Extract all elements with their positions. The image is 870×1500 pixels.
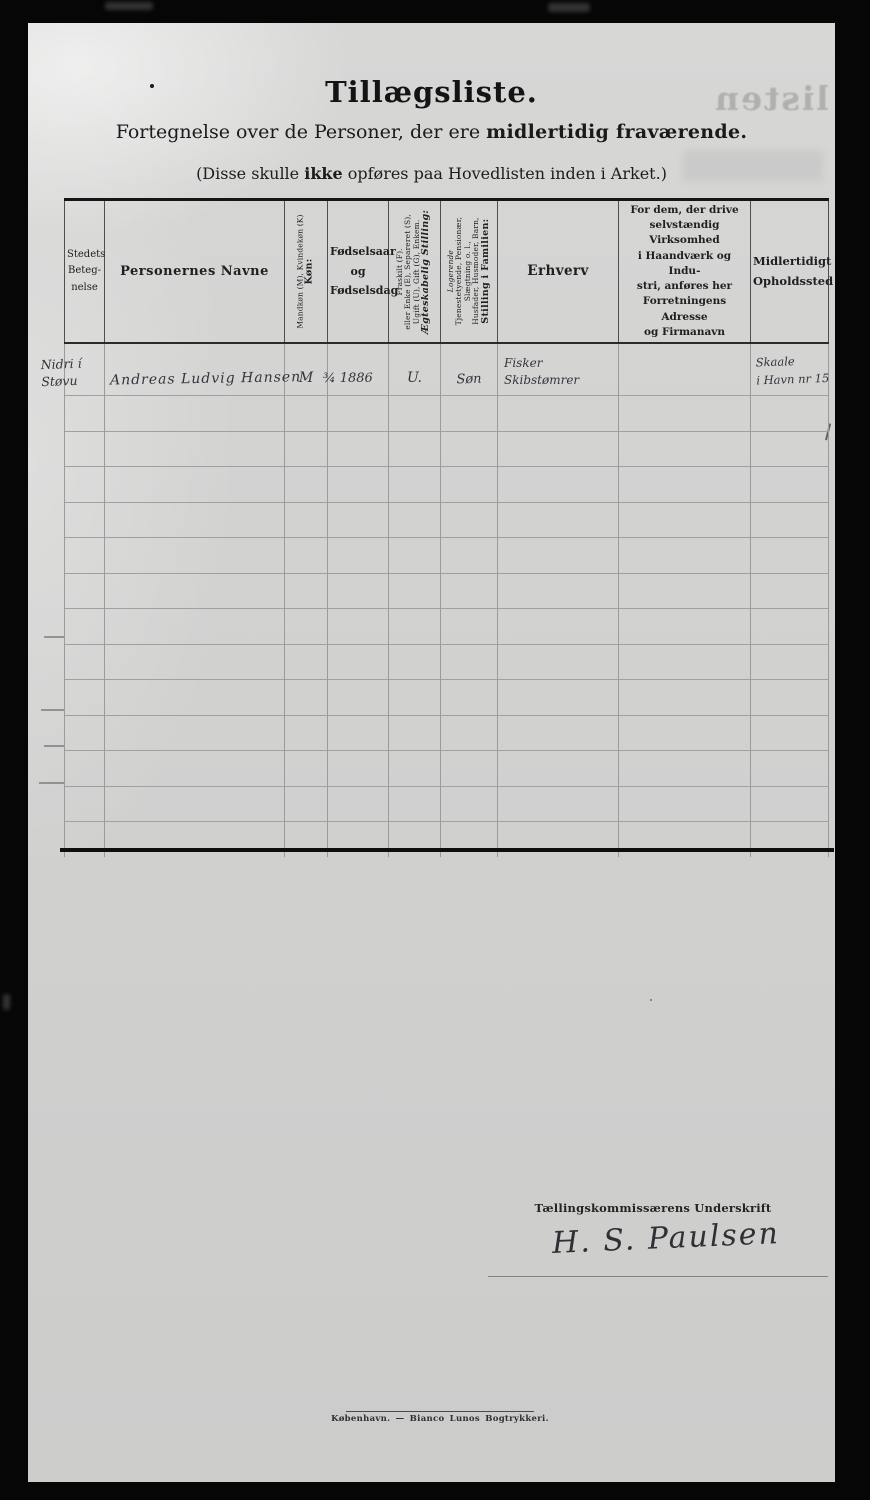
empty-cell: [751, 467, 829, 503]
handwritten-family-position: Søn: [442, 372, 496, 389]
empty-cell: [619, 680, 751, 716]
empty-cell: [441, 431, 498, 467]
empty-cell: [285, 822, 328, 858]
empty-cell: [65, 715, 105, 751]
empty-cell: [285, 538, 328, 574]
empty-cell: [65, 467, 105, 503]
empty-cell: [751, 431, 829, 467]
empty-cell: [619, 467, 751, 503]
cell-marital: U.: [389, 343, 441, 396]
empty-cell: [65, 502, 105, 538]
table-header: Stedets Beteg- nelse Personernes Navne K…: [65, 200, 829, 343]
cell-family: Søn: [441, 343, 498, 396]
paper-page: listen Tillægsliste. Fortegnelse over de…: [28, 23, 835, 1482]
header-marital-title: Ægteskabelig Stilling:: [422, 209, 433, 333]
empty-cell: [285, 715, 328, 751]
handwritten-name: Andreas Ludvig Hansen: [110, 370, 283, 389]
empty-cell: [328, 573, 389, 609]
empty-cell: [619, 609, 751, 645]
table-empty-row: [65, 786, 829, 822]
table-empty-row: [65, 644, 829, 680]
note-text-pre: (Disse skulle: [196, 164, 304, 183]
margin-tick: [39, 782, 64, 784]
empty-cell: [65, 573, 105, 609]
empty-cell: [328, 396, 389, 432]
empty-cell: [328, 502, 389, 538]
table-empty-row: [65, 715, 829, 751]
empty-cell: [498, 538, 619, 574]
empty-cell: [105, 396, 285, 432]
header-residence: Midlertidigt Opholdssted: [751, 200, 829, 343]
empty-cell: [65, 822, 105, 858]
empty-cell: [619, 396, 751, 432]
margin-tick: [44, 636, 64, 638]
cell-occupation: Fisker Skibstømrer: [498, 343, 619, 396]
cell-birth: ¾ 1886: [328, 343, 389, 396]
table-empty-row: [65, 538, 829, 574]
cell-name: Andreas Ludvig Hansen: [105, 343, 285, 396]
note-bold-text: ikke: [304, 164, 342, 183]
form-subtitle: Fortegnelse over de Personer, der ere mi…: [28, 121, 835, 143]
empty-cell: [619, 573, 751, 609]
header-marital: Ægteskabelig Stilling: Ugift (U), Gift (…: [389, 200, 441, 343]
empty-cell: [389, 822, 441, 858]
empty-cell: [65, 396, 105, 432]
empty-cell: [389, 431, 441, 467]
empty-cell: [619, 431, 751, 467]
census-table-wrap: Stedets Beteg- nelse Personernes Navne K…: [64, 198, 828, 857]
empty-cell: [498, 644, 619, 680]
empty-cell: [328, 786, 389, 822]
empty-cell: [751, 502, 829, 538]
empty-cell: [105, 786, 285, 822]
empty-cell: [285, 396, 328, 432]
empty-cell: [498, 573, 619, 609]
empty-cell: [328, 644, 389, 680]
header-names: Personernes Navne: [105, 200, 285, 343]
table-empty-rows: Nidri í Støvu Andreas Ludvig Hansen M ¾ …: [65, 343, 829, 858]
signature-line: [488, 1276, 828, 1277]
empty-cell: [328, 538, 389, 574]
imprint-rule: [346, 1411, 534, 1412]
empty-cell: [285, 786, 328, 822]
scan-smudge: [3, 994, 10, 1010]
table-row-entry: Nidri í Støvu Andreas Ludvig Hansen M ¾ …: [65, 343, 829, 396]
table-empty-row: [65, 680, 829, 716]
header-birth: Fødselsaar og Fødselsdag: [328, 200, 389, 343]
empty-cell: [619, 715, 751, 751]
empty-cell: [751, 751, 829, 787]
empty-cell: [65, 431, 105, 467]
empty-cell: [751, 715, 829, 751]
ink-speck: [650, 999, 652, 1001]
empty-cell: [441, 680, 498, 716]
empty-cell: [328, 680, 389, 716]
empty-cell: [498, 680, 619, 716]
empty-cell: [65, 680, 105, 716]
empty-cell: [105, 538, 285, 574]
empty-cell: [751, 680, 829, 716]
empty-cell: [441, 751, 498, 787]
form-note: (Disse skulle ikke opføres paa Hovedlist…: [28, 164, 835, 183]
empty-cell: [285, 502, 328, 538]
empty-cell: [389, 680, 441, 716]
header-place: Stedets Beteg- nelse: [65, 200, 105, 343]
empty-cell: [328, 822, 389, 858]
empty-cell: [328, 715, 389, 751]
handwritten-marital-status: U.: [390, 370, 439, 386]
empty-cell: [105, 609, 285, 645]
table-empty-row: [65, 751, 829, 787]
empty-cell: [328, 431, 389, 467]
table-empty-row: [65, 396, 829, 432]
empty-cell: [441, 396, 498, 432]
empty-cell: [285, 467, 328, 503]
empty-cell: [389, 751, 441, 787]
signature-label: Tællingskommissærens Underskrift: [498, 1201, 808, 1215]
note-text-post: opføres paa Hovedlisten inden i Arket.): [343, 164, 667, 183]
empty-cell: [65, 538, 105, 574]
empty-cell: [105, 573, 285, 609]
empty-cell: [441, 715, 498, 751]
empty-cell: [105, 502, 285, 538]
empty-cell: [105, 680, 285, 716]
empty-cell: [498, 751, 619, 787]
margin-tick: [44, 745, 64, 747]
empty-cell: [105, 822, 285, 858]
empty-cell: [389, 396, 441, 432]
empty-cell: [389, 715, 441, 751]
empty-cell: [619, 822, 751, 858]
empty-cell: [285, 680, 328, 716]
empty-cell: [498, 467, 619, 503]
empty-cell: [498, 431, 619, 467]
scan-smudge: [105, 2, 153, 10]
handwritten-birthdate: ¾ 1886: [323, 371, 387, 386]
empty-cell: [389, 538, 441, 574]
table-empty-row: [65, 502, 829, 538]
empty-cell: [751, 573, 829, 609]
empty-cell: [389, 786, 441, 822]
empty-cell: [441, 786, 498, 822]
cell-business: [619, 343, 751, 396]
handwritten-place: Nidri í Støvu: [40, 355, 103, 391]
empty-cell: [285, 644, 328, 680]
form-title: Tillægsliste.: [28, 75, 835, 109]
table-empty-row: [65, 609, 829, 645]
empty-cell: [389, 573, 441, 609]
handwritten-occupation: Fisker Skibstømrer: [504, 355, 617, 389]
table-empty-row: [65, 822, 829, 858]
empty-cell: [285, 751, 328, 787]
empty-cell: [441, 467, 498, 503]
empty-cell: [328, 609, 389, 645]
empty-cell: [65, 751, 105, 787]
subtitle-bold-text: midlertidig fraværende.: [486, 121, 747, 143]
empty-cell: [498, 396, 619, 432]
empty-cell: [105, 751, 285, 787]
empty-cell: [619, 751, 751, 787]
empty-cell: [498, 715, 619, 751]
empty-cell: [751, 396, 829, 432]
margin-tick: [41, 709, 64, 711]
header-occupation: Erhverv: [498, 200, 619, 343]
header-family: Stilling i Familien: Husfader, Husmoder,…: [441, 200, 498, 343]
empty-cell: [105, 715, 285, 751]
empty-cell: [105, 467, 285, 503]
empty-cell: [751, 609, 829, 645]
empty-cell: [285, 609, 328, 645]
printer-imprint: København. — Bianco Lunos Bogtrykkeri.: [316, 1414, 564, 1424]
empty-cell: [389, 502, 441, 538]
empty-cell: [285, 573, 328, 609]
empty-cell: [105, 644, 285, 680]
empty-cell: [389, 467, 441, 503]
cell-place: Nidri í Støvu: [65, 343, 105, 396]
scan-smudge: [548, 3, 590, 12]
table-empty-row: [65, 467, 829, 503]
empty-cell: [441, 502, 498, 538]
empty-cell: [751, 786, 829, 822]
empty-cell: [498, 502, 619, 538]
empty-cell: [441, 644, 498, 680]
empty-cell: [498, 609, 619, 645]
empty-cell: [285, 431, 328, 467]
header-family-title: Stilling i Familien:: [480, 219, 491, 324]
empty-cell: [751, 822, 829, 858]
empty-cell: [751, 538, 829, 574]
empty-cell: [498, 822, 619, 858]
table-bottom-rule: [60, 848, 834, 852]
commissioner-signature: H. S. Paulsen: [551, 1216, 780, 1261]
empty-cell: [498, 786, 619, 822]
table-empty-row: [65, 431, 829, 467]
empty-cell: [328, 751, 389, 787]
cell-residence: Skaale i Havn nr 15: [751, 343, 829, 396]
header-business: For dem, der drive selvstændig Virksomhe…: [619, 200, 751, 343]
handwritten-residence: Skaale i Havn nr 15: [755, 351, 839, 389]
empty-cell: [619, 502, 751, 538]
empty-cell: [619, 644, 751, 680]
empty-cell: [441, 609, 498, 645]
empty-cell: [619, 538, 751, 574]
empty-cell: [65, 786, 105, 822]
subtitle-text: Fortegnelse over de Personer, der ere: [116, 121, 486, 143]
table-empty-row: [65, 573, 829, 609]
empty-cell: [751, 644, 829, 680]
empty-cell: [65, 644, 105, 680]
empty-cell: [328, 467, 389, 503]
empty-cell: [65, 609, 105, 645]
scanned-census-form: { "page": { "title": "Tillægsliste.", "s…: [0, 0, 870, 1500]
empty-cell: [441, 538, 498, 574]
header-sex: Køn: Mandkøn (M), Kvindekøn (K): [285, 200, 328, 343]
empty-cell: [389, 609, 441, 645]
empty-cell: [105, 431, 285, 467]
empty-cell: [389, 644, 441, 680]
header-sex-title: Køn:: [305, 258, 316, 284]
empty-cell: [619, 786, 751, 822]
empty-cell: [441, 573, 498, 609]
empty-cell: [441, 822, 498, 858]
census-table: Stedets Beteg- nelse Personernes Navne K…: [64, 198, 829, 857]
